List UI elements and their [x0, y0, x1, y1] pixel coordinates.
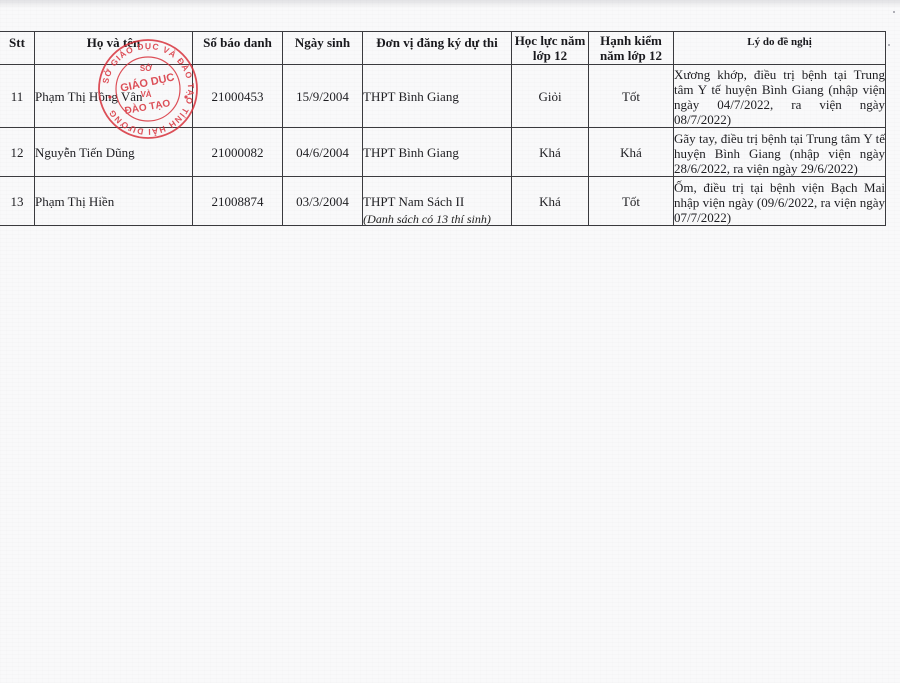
cell-school: THPT Bình Giang — [363, 65, 512, 128]
header-school: Đơn vị đăng ký dự thi — [363, 32, 512, 65]
header-reason: Lý do đề nghị — [674, 32, 886, 65]
reason-text: Xương khớp, điều trị bệnh tại Trung tâm … — [674, 65, 885, 127]
candidate-table: Stt Họ và tên Số báo danh Ngày sinh Đơn … — [0, 31, 886, 226]
cell-name: Phạm Thị Hồng Vân — [35, 65, 193, 128]
reason-text: Gãy tay, điều trị bệnh tại Trung tâm Y t… — [674, 129, 885, 176]
cell-conduct: Khá — [589, 128, 674, 177]
list-count-caption: (Danh sách có 13 thí sinh) — [0, 212, 854, 227]
cell-stt: 11 — [0, 65, 35, 128]
cell-school: THPT Bình Giang — [363, 128, 512, 177]
cell-name: Nguyễn Tiến Dũng — [35, 128, 193, 177]
header-birth-date: Ngày sinh — [283, 32, 363, 65]
header-conduct: Hạnh kiểm năm lớp 12 — [589, 32, 674, 65]
scan-speck — [888, 44, 890, 46]
header-academic: Học lực năm lớp 12 — [512, 32, 589, 65]
cell-candidate-number: 21000082 — [193, 128, 283, 177]
cell-birth-date: 15/9/2004 — [283, 65, 363, 128]
scan-speck — [893, 11, 895, 13]
cell-birth-date: 04/6/2004 — [283, 128, 363, 177]
cell-reason: Gãy tay, điều trị bệnh tại Trung tâm Y t… — [674, 128, 886, 177]
scan-edge-shadow — [0, 0, 900, 8]
cell-conduct: Tốt — [589, 65, 674, 128]
header-stt: Stt — [0, 32, 35, 65]
table-row: 11 Phạm Thị Hồng Vân 21000453 15/9/2004 … — [0, 65, 886, 128]
header-candidate-number: Số báo danh — [193, 32, 283, 65]
cell-reason: Xương khớp, điều trị bệnh tại Trung tâm … — [674, 65, 886, 128]
table-header-row: Stt Họ và tên Số báo danh Ngày sinh Đơn … — [0, 32, 886, 65]
table-row: 12 Nguyễn Tiến Dũng 21000082 04/6/2004 T… — [0, 128, 886, 177]
cell-academic: Khá — [512, 128, 589, 177]
cell-candidate-number: 21000453 — [193, 65, 283, 128]
header-name: Họ và tên — [35, 32, 193, 65]
cell-stt: 12 — [0, 128, 35, 177]
cell-academic: Giỏi — [512, 65, 589, 128]
